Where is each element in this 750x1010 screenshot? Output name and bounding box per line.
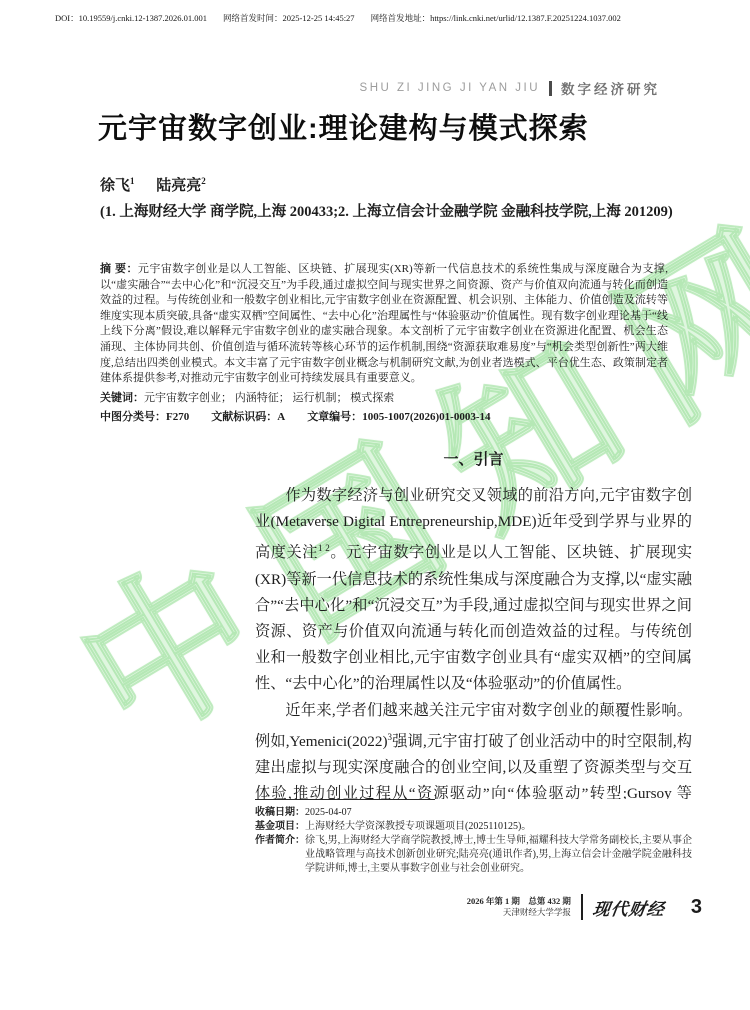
author-2: 陆亮亮2 bbox=[156, 178, 206, 194]
section-heading-introduction: 一、引言 bbox=[255, 448, 692, 469]
journal-logo-calligraphy: 现代财经 bbox=[591, 895, 667, 920]
abstract-block: 摘 要：元宇宙数字创业是以人工智能、区块链、扩展现实(XR)等新一代信息技术的系… bbox=[100, 262, 668, 426]
divider-bar bbox=[549, 81, 552, 96]
author-line: 徐飞1 陆亮亮2 bbox=[100, 174, 224, 195]
page-footer: 2026 年第 1 期 总第 432 期 天津财经大学学报 现代财经 3 bbox=[467, 894, 702, 920]
keywords-label: 关键词： bbox=[100, 392, 144, 404]
footer-divider-bar bbox=[581, 894, 583, 920]
abstract-paragraph: 摘 要：元宇宙数字创业是以人工智能、区块链、扩展现实(XR)等新一代信息技术的系… bbox=[100, 262, 668, 387]
article-id-pair: 文章编号：1005-1007(2026)01-0003-14 bbox=[307, 410, 490, 426]
abstract-text: 元宇宙数字创业是以人工智能、区块链、扩展现实(XR)等新一代信息技术的系统性集成… bbox=[100, 263, 668, 384]
author-bio-row: 作者简介：徐飞,男,上海财经大学商学院教授,博士,博士生导师,福耀科技大学常务副… bbox=[255, 834, 692, 876]
journal-section-header: SHU ZI JING JI YAN JIU 数字经济研究 bbox=[360, 78, 660, 98]
citation-ref-1-2: 1 2 bbox=[318, 543, 330, 553]
author-1: 徐飞1 bbox=[100, 178, 135, 194]
article-title: 元宇宙数字创业:理论建构与模式探索 bbox=[98, 106, 589, 147]
journal-name: 天津财经大学学报 bbox=[467, 907, 571, 919]
intro-paragraph-2: 近年来,学者们越来越关注元宇宙对数字创业的颠覆性影响。例如,Yemenici(2… bbox=[255, 698, 692, 799]
doc-code-pair: 文献标识码：A bbox=[211, 410, 285, 426]
footnote-block: 收稿日期：2025-04-07 基金项目：上海财经大学资深教授专项课题项目(20… bbox=[255, 799, 692, 876]
author-2-affiliation-mark: 2 bbox=[201, 176, 206, 186]
clc-pair: 中图分类号：F270 bbox=[100, 410, 189, 426]
intro-paragraph-1: 作为数字经济与创业研究交叉领域的前沿方向,元宇宙数字创业(Metaverse D… bbox=[255, 483, 692, 698]
paper-page: 中国知网 DOI：10.19559/j.cnki.12-1387.2026.01… bbox=[0, 0, 750, 1010]
journal-section-title: 数字经济研究 bbox=[561, 78, 660, 98]
received-date-row: 收稿日期：2025-04-07 bbox=[255, 806, 692, 820]
doi-topbar: DOI：10.19559/j.cnki.12-1387.2026.01.001 … bbox=[55, 12, 621, 24]
classification-line: 中图分类号：F270 文献标识码：A 文章编号：1005-1007(2026)0… bbox=[100, 410, 668, 426]
first-publish-time: 网络首发时间：2025-12-25 14:45:27 bbox=[223, 12, 355, 24]
doi-text: DOI：10.19559/j.cnki.12-1387.2026.01.001 bbox=[55, 12, 207, 24]
abstract-label: 摘 要： bbox=[100, 263, 138, 275]
first-publish-url[interactable]: 网络首发地址：https://link.cnki.net/urlid/12.13… bbox=[371, 12, 621, 24]
body-column: 作为数字经济与创业研究交叉领域的前沿方向,元宇宙数字创业(Metaverse D… bbox=[255, 483, 692, 799]
author-1-affiliation-mark: 1 bbox=[130, 176, 135, 186]
journal-pinyin: SHU ZI JING JI YAN JIU bbox=[360, 82, 540, 94]
issue-number: 2026 年第 1 期 总第 432 期 bbox=[467, 896, 571, 908]
affiliation-line: (1. 上海财经大学 商学院,上海 200433;2. 上海立信会计金融学院 金… bbox=[100, 200, 678, 224]
fund-row: 基金项目：上海财经大学资深教授专项课题项目(2025110125)。 bbox=[255, 820, 692, 834]
issue-info: 2026 年第 1 期 总第 432 期 天津财经大学学报 bbox=[467, 896, 571, 919]
footnote-rule bbox=[255, 799, 435, 800]
page-number: 3 bbox=[691, 896, 702, 919]
keywords-line: 关键词：元宇宙数字创业； 内涵特征； 运行机制； 模式探索 bbox=[100, 391, 668, 407]
keywords-text: 元宇宙数字创业； 内涵特征； 运行机制； 模式探索 bbox=[144, 392, 394, 404]
